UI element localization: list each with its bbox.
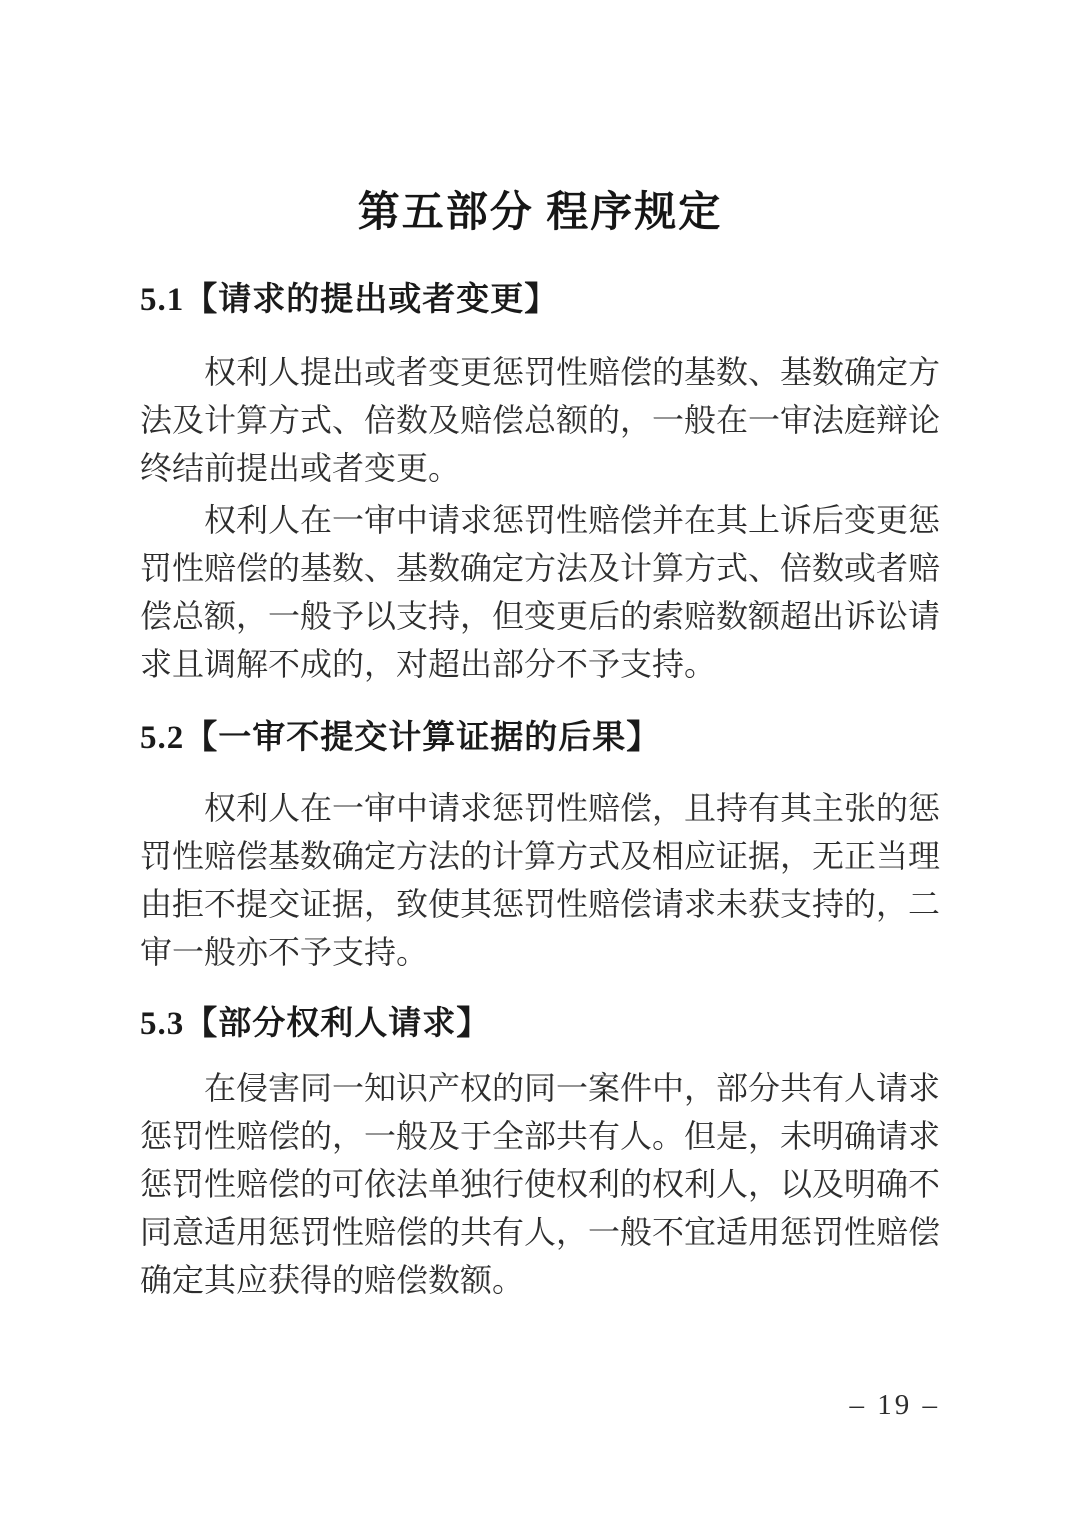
section-5-2-heading: 5.2【一审不提交计算证据的后果】: [140, 716, 940, 760]
page-number: – 19 –: [850, 1388, 941, 1422]
section-5-2-paragraph-1: 权利人在一审中请求惩罚性赔偿，且持有其主张的惩罚性赔偿基数确定方法的计算方式及相…: [140, 784, 940, 976]
section-5-3-heading: 5.3【部分权利人请求】: [140, 1002, 940, 1046]
document-content: 第五部分 程序规定 5.1【请求的提出或者变更】 权利人提出或者变更惩罚性赔偿的…: [0, 0, 1080, 1304]
document-page: 第五部分 程序规定 5.1【请求的提出或者变更】 权利人提出或者变更惩罚性赔偿的…: [0, 0, 1080, 1526]
section-5-3-paragraph-1: 在侵害同一知识产权的同一案件中，部分共有人请求惩罚性赔偿的，一般及于全部共有人。…: [140, 1064, 940, 1304]
section-5-1-paragraph-2: 权利人在一审中请求惩罚性赔偿并在其上诉后变更惩罚性赔偿的基数、基数确定方法及计算…: [140, 496, 940, 688]
section-5-1: 5.1【请求的提出或者变更】 权利人提出或者变更惩罚性赔偿的基数、基数确定方法及…: [140, 278, 940, 688]
page-title: 第五部分 程序规定: [140, 186, 940, 240]
section-5-3: 5.3【部分权利人请求】 在侵害同一知识产权的同一案件中，部分共有人请求惩罚性赔…: [140, 1002, 940, 1304]
section-5-1-heading: 5.1【请求的提出或者变更】: [140, 278, 940, 322]
section-5-1-paragraph-1: 权利人提出或者变更惩罚性赔偿的基数、基数确定方法及计算方式、倍数及赔偿总额的，一…: [140, 348, 940, 492]
section-5-2: 5.2【一审不提交计算证据的后果】 权利人在一审中请求惩罚性赔偿，且持有其主张的…: [140, 716, 940, 976]
